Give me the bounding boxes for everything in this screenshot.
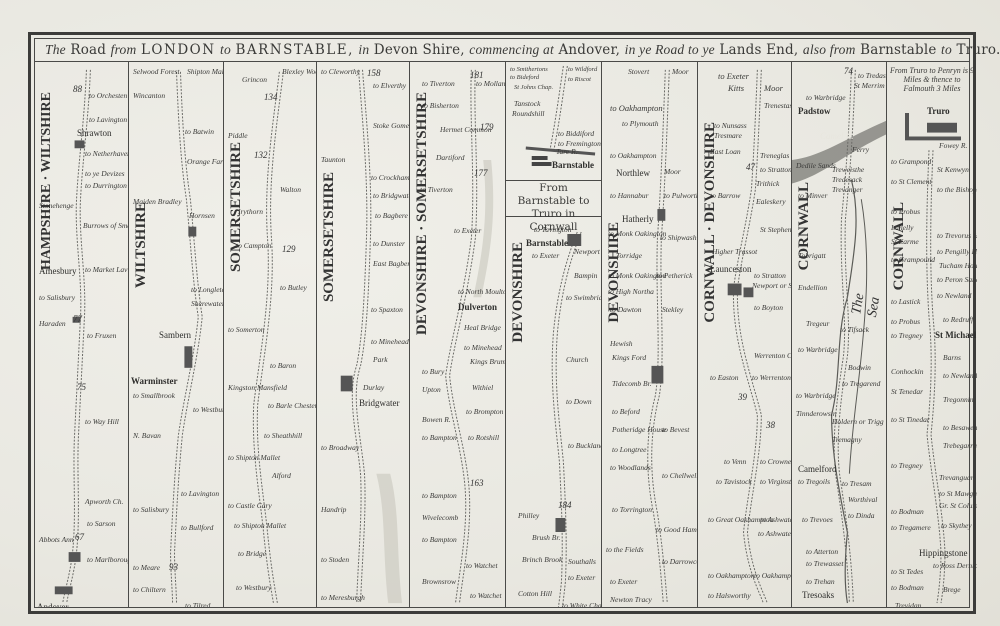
road-label: to Bisherton [422, 102, 459, 110]
road-label: to Dinda [848, 512, 874, 520]
road-label: Burrows of Small Hills [83, 222, 129, 230]
road-label: to Lavington [181, 490, 219, 498]
road-label: to Tregney [891, 462, 923, 470]
road-label: to Minehead [464, 344, 502, 352]
town-name: Northlew [616, 168, 650, 178]
road-label: to Tiverton [422, 80, 455, 88]
road-label: Abbots Ann [39, 536, 74, 544]
road-label: to Chellwell [662, 472, 698, 480]
road-label: to Barrow [710, 192, 740, 200]
road-label: Fowey R. [939, 142, 967, 150]
road-strip-4: SOMERSETSHIRE to Cleworthy 158 to Elvert… [317, 62, 410, 607]
road-label: to Warbridge [806, 94, 846, 102]
town-dulverton: Dulverton [458, 302, 497, 312]
milestone: 67 [75, 532, 84, 542]
road-label: to Dunster [373, 240, 405, 248]
road-label: N. Bavan [133, 432, 161, 440]
road-label: Orange Farm [187, 158, 224, 166]
town-name: Tresoaks [802, 590, 834, 600]
town-padstow: Padstow [798, 106, 831, 116]
road-label: to Stratton [760, 166, 792, 174]
road-label: Durlay [363, 384, 384, 392]
road-label: to ye Devizes [85, 170, 125, 178]
road-label: to Tresam [842, 480, 872, 488]
town-truro: Truro [927, 106, 950, 116]
road-label: to Netherhaven [85, 150, 129, 158]
road-label: Kings Brumpton [470, 358, 506, 366]
road-strip-7: DEVONSHIRE Stovert Moor to Oakhampton to… [602, 62, 698, 607]
town-name: Elworthy [458, 606, 492, 607]
road-label: Holdern or Trigg [832, 418, 884, 426]
milestone: 39 [738, 392, 747, 402]
road-label: to Oakhampton [610, 104, 663, 112]
road-label: Taunton [321, 156, 345, 164]
milestone: 163 [470, 478, 484, 488]
road-label: Tregonnin [943, 396, 974, 404]
milestone: 132 [254, 150, 268, 160]
road-label: to Probus [891, 208, 920, 216]
road-label: to Good Ham [656, 526, 697, 534]
road-label: to Probus [891, 318, 920, 326]
title-word: to [941, 42, 952, 57]
road-label: Brege [943, 586, 961, 594]
road-label: East Loan [710, 148, 741, 156]
road-label: to Crockham [371, 174, 410, 182]
road-label: to Watchet [470, 592, 502, 600]
road-label: Werrenton Ch. [754, 352, 792, 360]
road-label: to Tavistock [716, 478, 752, 486]
town-name: Brusham [278, 606, 311, 607]
road-label: Newport [574, 248, 600, 256]
road-label: to the Fields [606, 546, 644, 554]
road-label: to Tifsack [840, 326, 869, 334]
road-label: Hermet Common [440, 126, 491, 134]
map-title: The Road from LONDON to BARNSTABLE, in D… [35, 39, 969, 62]
road-label: to Bury [422, 368, 444, 376]
road-label: to St Tinedar [891, 416, 930, 424]
road-label: Tanstock [514, 100, 540, 108]
road-label: Haraden [39, 320, 66, 328]
road-label: Conhockin [891, 368, 924, 376]
road-label: to Tregney [891, 332, 923, 340]
road-label: to Exeter [454, 227, 481, 235]
river-label: Camel R. [820, 132, 854, 140]
town-bridgwater: Bridgwater [359, 398, 400, 408]
road-label: Tidecomb Br. [612, 380, 652, 388]
road-label: to Oakhampton [610, 152, 656, 160]
road-label: Moor [764, 84, 783, 92]
road-strip-6: to Smithertons to Bideford to Wildford t… [506, 62, 602, 607]
road-label: Cotton Hill [518, 590, 552, 598]
road-label: to Trevoes [802, 516, 833, 524]
town-name: Shrawton [77, 128, 112, 138]
road-label: to Tregarend [842, 380, 880, 388]
road-label: Blexley Wood [282, 68, 317, 76]
road-label: to Redruff [943, 316, 973, 324]
county-label: HAMPSHIRE · WILTSHIRE [39, 92, 55, 270]
road-label: to Bridge [238, 550, 266, 558]
road-label: St Tenedar [891, 388, 923, 396]
road-label: to Virginstow [760, 478, 792, 486]
road-label: to Exeter [568, 574, 595, 582]
road-label: to Ashwater [758, 530, 792, 538]
road-label: Higher Trassot [712, 248, 757, 256]
road-label: to Boyton [754, 304, 783, 312]
title-destination: BARNSTABLE, [235, 42, 353, 58]
town-camelford: Camelford [798, 464, 837, 474]
road-path [792, 62, 886, 607]
road-label: to Werrenton [752, 374, 791, 382]
title-word: also from [803, 42, 856, 57]
road-label: to Meresburgh [321, 594, 365, 602]
road-label: Brownsrow [422, 578, 456, 586]
road-label: to Bampton [422, 536, 457, 544]
road-label: to Castle Cary [228, 502, 272, 510]
road-label: to Stratton [754, 272, 786, 280]
road-label: to Tregamere [891, 524, 931, 532]
milestone: 77 [73, 314, 82, 324]
road-label: Kings Ford [612, 354, 646, 362]
road-label: to Bampton [422, 492, 457, 500]
road-label: to Barle Chester [268, 402, 317, 410]
road-label: Stovert [628, 68, 649, 76]
road-label: Hewish [610, 340, 633, 348]
road-label: St Earme [891, 238, 919, 246]
road-label: Treweisthe [832, 166, 864, 174]
road-label: Kingston Mansfield [228, 384, 287, 392]
road-label: to Stoden [321, 556, 349, 564]
road-label: to Orchesten [89, 92, 127, 100]
road-label: to Warbridge [798, 346, 838, 354]
road-label: Stekley [662, 306, 683, 314]
road-label: to St Clement [891, 178, 931, 186]
town-name: Hippingstone [919, 548, 968, 558]
road-label: Wincanton [133, 92, 165, 100]
road-label: to Bodman [891, 508, 924, 516]
milestone: 134 [264, 92, 278, 102]
road-label: to Tredas [858, 72, 886, 80]
road-label: to Minehead [371, 338, 409, 346]
road-label: St Johns Chap. [514, 84, 553, 92]
road-label: to Crownesse [760, 458, 792, 466]
road-label: to Exeter [610, 578, 637, 586]
title-word: in ye Road to ye [625, 42, 715, 57]
road-label: to Salisbury [133, 506, 169, 514]
road-label: Handrip [321, 506, 346, 514]
road-label: Ealeskery [756, 198, 786, 206]
road-label: to Bagbere Hill [375, 212, 410, 220]
road-label: Stonehenge [39, 202, 74, 210]
road-label: to Longtree [612, 446, 647, 454]
road-strip-2: WILTSHIRE Selwood Forest Shipton Mallet … [129, 62, 224, 607]
road-label: Brush Br. [532, 534, 560, 542]
road-label: Barns [943, 354, 961, 362]
road-label: Maiden Bradley [133, 198, 182, 206]
milestone: 75 [77, 382, 86, 392]
road-label: Dedile Sands [796, 162, 836, 170]
road-label: to North Moulton [458, 288, 506, 296]
road-label: to Sheathhill [264, 432, 302, 440]
road-label: Hornsen [189, 212, 215, 220]
road-label: Tresmare [714, 132, 742, 140]
road-label: Brinch Brook [522, 556, 562, 564]
road-label: to Bucklands [568, 442, 602, 450]
road-strip-9: The Sea CORNWALL 74 to Tredas St Merrim … [792, 62, 887, 607]
road-label: to Tilred [185, 602, 210, 607]
milestone: 47 [746, 162, 755, 172]
sea-label: The Sea [849, 277, 887, 318]
town-launceston: Launceston [710, 264, 751, 274]
road-label: Alford [272, 472, 291, 480]
road-label: to Rotshill [468, 434, 499, 442]
road-label: Trevanger [832, 186, 863, 194]
road-label: to Pulworthe [664, 192, 698, 200]
road-label: to Pengilly House [937, 248, 977, 256]
road-label: Trevidan [895, 602, 921, 607]
road-label: to Trewasset [806, 560, 843, 568]
road-label: Drunkard [844, 606, 873, 607]
road-label: to Venn [724, 458, 746, 466]
road-label: East Bagbere Heath [373, 260, 410, 268]
town-name: Tregeur [806, 320, 829, 328]
town-name: Newport or St Stephens [752, 282, 792, 290]
inset-title: From Barnstable to Truro in Cornwall [506, 180, 601, 217]
title-word: commencing at [469, 42, 554, 57]
road-label: to Shipton Mallet [234, 522, 286, 530]
road-label: to Butley [280, 284, 307, 292]
road-label: to Plymouth [622, 120, 658, 128]
road-label: Newton Tracy [610, 596, 652, 604]
road-label: to Newland [943, 372, 977, 380]
road-strip-3: SOMERSETSHIRE Grincon Blexley Wood 134 P… [224, 62, 317, 607]
road-label: to Longlete [191, 286, 224, 294]
road-label: to Bridgwater [373, 192, 410, 200]
road-label: to High Northa [608, 288, 654, 296]
road-label: to Exeter [532, 252, 559, 260]
milestone: 88 [73, 84, 82, 94]
road-label: to Minver [798, 192, 827, 200]
road-label: to Durrington [85, 182, 127, 190]
county-label: WILTSHIRE [133, 202, 150, 288]
title-word: from [111, 42, 137, 57]
road-label: Dartiford [436, 154, 464, 162]
town-warminster: Warminster [131, 376, 178, 386]
road-label: Torridge [616, 252, 642, 260]
map-inner-border: The Road from LONDON to BARNSTABLE, in D… [34, 38, 970, 608]
road-label: Bampin [574, 272, 597, 280]
road-label: Trebegarran [943, 442, 977, 450]
road-label: Walton [280, 186, 301, 194]
town-barnstable: Barnstable [526, 238, 568, 248]
road-label: to Darrowcot [662, 558, 698, 566]
road-label: to Ross Dernick [933, 562, 977, 570]
road-label: to Halsworthy [708, 592, 751, 600]
road-label: to Westbury [193, 406, 224, 414]
road-label: Moor [664, 168, 681, 176]
road-label: Grincon [242, 76, 267, 84]
road-strip-8: CORNWALL · DEVONSHIRE to Exeter Kitts Mo… [698, 62, 792, 607]
road-label: to Tavington [534, 226, 571, 234]
road-label: to Watchet [466, 562, 498, 570]
road-label: to Peron Sand [937, 276, 977, 284]
road-label: to Chiltern [133, 586, 166, 594]
road-label: Kitts [728, 84, 744, 92]
road-label: to Bampton [422, 434, 457, 442]
road-label: to Salisbury [39, 294, 75, 302]
road-label: Worthival [848, 496, 877, 504]
road-label: to Marlborough [87, 556, 129, 564]
road-label: to Tiverton [420, 186, 453, 194]
road-label: to Batwin [185, 128, 214, 136]
road-path [317, 62, 409, 607]
road-label: to Elverthy [373, 82, 406, 90]
title-town: Andover, [558, 42, 620, 58]
road-label: to Tregoils [798, 478, 830, 486]
road-label: Tucham House [939, 262, 977, 270]
road-strip-10: From Truro to Penryn is 9 Miles & thence… [887, 62, 977, 607]
road-label: St Stephens Down [760, 226, 792, 234]
road-label: to Somerton [228, 326, 264, 334]
milestone: 184 [558, 500, 572, 510]
barnstable-inset: to Smithertons to Bideford to Wildford t… [506, 62, 601, 181]
road-label: to Smallbrook [133, 392, 175, 400]
road-label: Tremagny [832, 436, 862, 444]
road-label: to Cleworthy [321, 68, 360, 76]
road-label: to Petherick [656, 272, 692, 280]
road-label: to Dawton [610, 306, 641, 314]
road-label: to Trevorus House [937, 232, 977, 240]
title-word: Road [70, 42, 106, 58]
town-barnstable: Barnstable [552, 160, 594, 170]
road-label: to Smithertons [510, 66, 548, 74]
milestone: 129 [282, 244, 296, 254]
county-label: DEVONSHIRE [510, 242, 527, 343]
road-label: Church [566, 356, 588, 364]
title-county: Devon Shire, [374, 42, 465, 58]
road-label: Stoke Gomer [373, 122, 410, 130]
road-label: to the Bishops Wood [937, 186, 977, 194]
road-label: Bowen R. [422, 416, 451, 424]
town-andover: Andover [37, 602, 69, 607]
road-label: to Sarson [87, 520, 116, 528]
road-label: to Grampound [891, 256, 935, 264]
road-label: to Beford [612, 408, 640, 416]
title-place: Lands End, [719, 42, 798, 58]
road-label: Wivelecomb [422, 514, 458, 522]
road-label: Irythorn [238, 208, 263, 216]
road-strip-5: DEVONSHIRE · SOMERSETSHIRE 181 to Tivert… [410, 62, 506, 607]
road-label: to Down [566, 398, 592, 406]
road-label: Park [373, 356, 388, 364]
road-label: to Oakhampton [708, 572, 754, 580]
road-label: Bodwin [848, 364, 871, 372]
road-label: Gr. St Columb [939, 502, 977, 510]
road-label: Tobrigatt [798, 252, 826, 260]
road-label: Piddle [228, 132, 248, 140]
road-label: Apworth Ch. [85, 498, 123, 506]
road-label: Selwood Forest [133, 68, 180, 76]
map-frame: The Road from LONDON to BARNSTABLE, in D… [28, 32, 976, 614]
road-label: to Skythey [941, 522, 972, 530]
title-word: The [45, 42, 66, 57]
milestone: 38 [766, 420, 775, 430]
road-label: Roundshill [512, 110, 545, 118]
road-label: to Oakhampton [754, 572, 792, 580]
road-label: to Warbridge [796, 392, 836, 400]
road-label: Endellion [798, 284, 827, 292]
road-label: to Lastick [891, 298, 920, 306]
road-label: to Exeter [718, 72, 749, 80]
title-town: Barnstable [860, 42, 936, 58]
road-label: Tinnderowsin [796, 410, 837, 418]
road-label: Lanelly [891, 224, 914, 232]
milestone: 158 [367, 68, 381, 78]
road-label: Treneglas [760, 152, 789, 160]
road-label: St Merrim [854, 82, 885, 90]
road-label: to Campton [236, 242, 271, 250]
road-label: to Easton [710, 374, 739, 382]
milestone: 177 [474, 168, 488, 178]
road-label: St Kenwyn [937, 166, 969, 174]
road-label: Sherewater Head [191, 300, 224, 308]
road-label: to Bullford [181, 524, 213, 532]
town-st-michael: St Michael [935, 330, 976, 340]
road-label: to Nunsass [714, 122, 747, 130]
road-label: to Way Hill [85, 418, 119, 426]
road-label: to Torrington [612, 506, 652, 514]
road-label: to Riscot [568, 76, 591, 84]
road-label: to Shipton Mallet [228, 454, 280, 462]
road-label: Shipton Mallet [187, 68, 224, 76]
road-label: to Hannabur [610, 192, 649, 200]
road-label: to Besawen [943, 424, 977, 432]
road-label: to St Tedes [891, 568, 923, 576]
road-label: to Great Oakhampton [708, 516, 774, 524]
road-label: to Brompton [466, 408, 503, 416]
road-label: Withiel [472, 384, 493, 392]
road-label: to Market Lavington [85, 266, 129, 274]
road-label: to Lavington [89, 116, 127, 124]
road-label: Trithick [756, 180, 779, 188]
road-label: to Meare [133, 564, 160, 572]
road-label: to Swimbridge [566, 294, 602, 302]
road-label: to White Chapel [562, 602, 602, 607]
road-strip-1: HAMPSHIRE · WILTSHIRE 88 77 75 67 to Orc… [35, 62, 129, 607]
road-label: Tare R. [556, 148, 578, 156]
title-town: Truro. [956, 42, 1000, 58]
road-label: to Molland [476, 80, 506, 88]
road-label: to Wildford [568, 66, 597, 74]
road-label: Potheridge House [612, 426, 666, 434]
milestone: 93 [169, 562, 178, 572]
title-origin: LONDON [141, 42, 216, 58]
milestone: 74 [844, 66, 853, 76]
road-label: to Shipwash [660, 234, 696, 242]
road-label: to Grampond [891, 158, 931, 166]
road-label: Trenestas Ch. [764, 102, 792, 110]
road-label: to Atterton [806, 548, 838, 556]
road-label: Heal Bridge [464, 324, 501, 332]
road-label: Ferry [852, 146, 869, 154]
road-label: to Bodman [891, 584, 924, 592]
title-word: to [220, 42, 231, 57]
road-label: Tredesack [832, 176, 862, 184]
county-label: SOMERSETSHIRE [321, 172, 338, 302]
town-name: Sambern [159, 330, 191, 340]
town-hatherly: Hatherly [622, 214, 654, 224]
road-label: to Broadway [321, 444, 359, 452]
road-label: to Biddiford [558, 130, 594, 138]
